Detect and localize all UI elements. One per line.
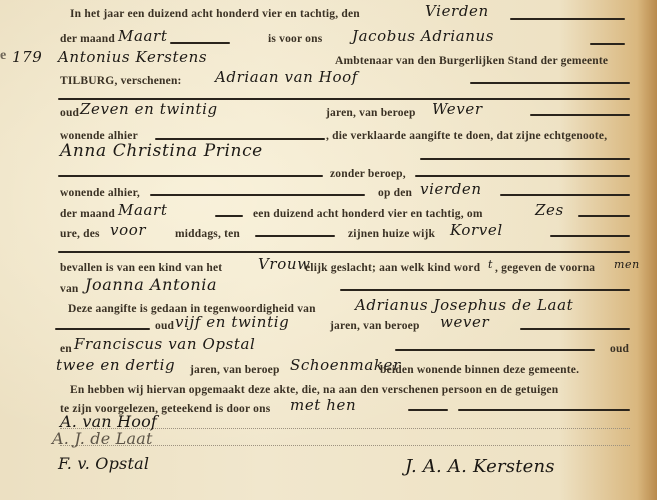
- hand-official-last: Antonius Kerstens: [58, 48, 207, 66]
- hand-time-of-day: voor: [110, 221, 146, 239]
- text-geslacht: elijk geslacht; aan welk kind word: [305, 262, 480, 274]
- rule: [58, 251, 630, 253]
- rule: [415, 175, 630, 177]
- hand-wife: Anna Christina Prince: [60, 141, 263, 161]
- text-beiden-wonende: beiden wonende binnen deze gemeente.: [380, 364, 579, 376]
- rule: [395, 349, 595, 351]
- text-der-maand-2: der maand: [60, 208, 115, 220]
- text-van: van: [60, 283, 79, 295]
- rule: [215, 215, 243, 217]
- hand-sex: Vrouw: [258, 255, 311, 273]
- text-huize-wijk: zijnen huize wijk: [348, 228, 435, 240]
- rule: [255, 235, 335, 237]
- text-een-duizend: een duizend acht honderd vier en tachtig…: [253, 208, 483, 220]
- rule: [510, 18, 625, 20]
- text-wonende-alhier-2: wonende alhier,: [60, 187, 140, 199]
- rule: [420, 158, 630, 160]
- hand-official-first: Jacobus Adrianus: [352, 27, 494, 45]
- hand-signed-with: met hen: [290, 396, 356, 414]
- rule: [470, 82, 630, 84]
- hand-month: Maart: [118, 27, 167, 45]
- hand-word-suffix: t: [488, 258, 493, 271]
- rule: [500, 194, 630, 196]
- rule: [530, 114, 630, 116]
- margin-mark: e: [0, 48, 6, 64]
- text-jaren-beroep-3: jaren, van beroep: [190, 364, 280, 376]
- text-en: en: [60, 343, 72, 355]
- text-zonder-beroep: zonder beroep,: [330, 168, 406, 180]
- hand-witness1-age: vijf en twintig: [175, 313, 289, 331]
- text-ambtenaar: Ambtenaar van den Burgerlijken Stand der…: [335, 55, 608, 67]
- rule: [458, 409, 630, 411]
- signature-witness1: A. J. de Laat: [52, 429, 153, 448]
- hand-witness1: Adrianus Josephus de Laat: [355, 296, 573, 314]
- text-bevallen: bevallen is van een kind van het: [60, 262, 222, 274]
- text-der-maand: der maand: [60, 33, 115, 45]
- rule: [55, 328, 150, 330]
- signature-witness2: F. v. Opstal: [58, 454, 149, 473]
- rule: [340, 289, 630, 291]
- text-op-den: op den: [378, 187, 412, 199]
- hand-child-name: Joanna Antonia: [85, 275, 217, 294]
- hand-declarant: Adriaan van Hoof: [215, 68, 358, 86]
- rule: [58, 175, 323, 177]
- text-ure-des: ure, des: [60, 228, 100, 240]
- hand-birth-month: Maart: [118, 201, 167, 219]
- text-is-voor-ons: is voor ons: [268, 33, 322, 45]
- hand-birth-day: vierden: [420, 180, 482, 198]
- rule: [408, 409, 448, 411]
- signature-official: J. A. A. Kerstens: [405, 456, 555, 477]
- rule: [150, 194, 365, 196]
- hand-witness2: Franciscus van Opstal: [74, 335, 255, 353]
- record-number: 179: [12, 48, 42, 66]
- text-en-hebben-wij: En hebben wij hiervan opgemaakt deze akt…: [70, 384, 558, 396]
- text-aangifte: , die verklaarde aangifte te doen, dat z…: [326, 130, 607, 142]
- text-jaren-beroep: jaren, van beroep: [326, 107, 416, 119]
- text-oud-2: oud: [155, 320, 174, 332]
- text-voornamen: , gegeven de voorna: [495, 262, 595, 274]
- rule: [520, 328, 630, 330]
- hand-district: Korvel: [450, 221, 503, 239]
- text-jaren-beroep-2: jaren, van beroep: [330, 320, 420, 332]
- text-oud-3: oud: [610, 343, 629, 355]
- hand-occupation: Wever: [432, 100, 483, 118]
- rule: [550, 235, 630, 237]
- rule: [590, 43, 625, 45]
- text-oud: oud: [60, 107, 79, 119]
- hand-declarant-age: Zeven en twintig: [80, 100, 218, 118]
- hand-hour: Zes: [535, 201, 564, 219]
- rule: [578, 215, 630, 217]
- hand-witness2-age: twee en dertig: [56, 356, 175, 374]
- text-middags-ten: middags, ten: [175, 228, 240, 240]
- hand-day: Vierden: [425, 2, 489, 20]
- hand-name-suffix: men: [614, 258, 640, 271]
- rule: [155, 138, 325, 140]
- rule: [170, 42, 230, 44]
- text-line-1: In het jaar een duizend acht honderd vie…: [70, 8, 360, 20]
- hand-witness1-occupation: wever: [440, 313, 489, 331]
- text-tilburg: TILBURG, verschenen:: [60, 75, 182, 87]
